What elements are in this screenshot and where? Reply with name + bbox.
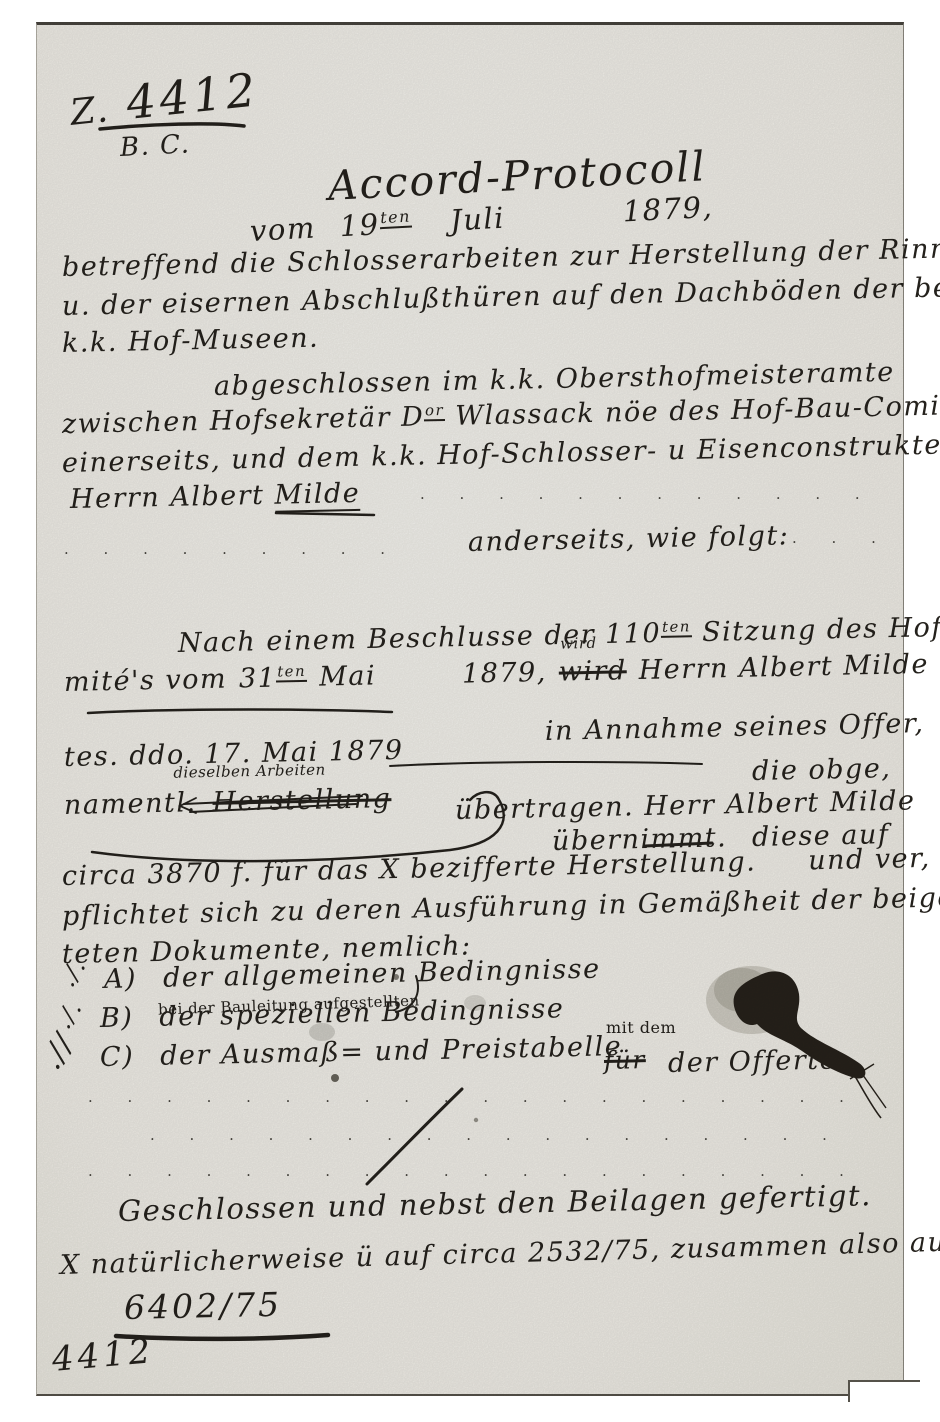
subject-line-3: k.k. Hof-Museen. xyxy=(62,323,320,359)
session-day-ordinal: ten xyxy=(276,662,307,683)
dot-row: · · · · · · · · · · · · · · · · · · · · … xyxy=(150,1130,840,1148)
list-c-end: der Offerte xyxy=(668,1044,838,1079)
session-number: 110 xyxy=(605,618,662,650)
inserted-word: wird xyxy=(560,634,597,653)
parties-line-4: Herrn Albert Milde xyxy=(70,478,361,515)
page-edge-notch xyxy=(848,1380,920,1402)
reference-z: Z. xyxy=(68,89,111,134)
list-label-b: B) xyxy=(100,1002,134,1034)
date-ordinal: ten xyxy=(379,207,413,230)
struck-word: Herstellung xyxy=(212,783,392,818)
footnote-total: 6402/75 xyxy=(124,1285,283,1327)
reference-code: B. C. xyxy=(119,129,191,163)
list-label-a: A) xyxy=(104,963,138,995)
contractor-name: Milde xyxy=(274,478,360,513)
resolution-line-4a: namentl. xyxy=(64,787,197,821)
scanned-document: Z.4412 B. C. Accord-Protocoll vom19tenJu… xyxy=(0,0,940,1422)
obligation-line-1b: und ver, xyxy=(808,843,931,877)
resolution-line-2a: mité's vom xyxy=(64,664,228,698)
list-label-c: C) xyxy=(100,1041,135,1073)
session-year: 1879, xyxy=(462,657,547,690)
dot-row: · · · · · · · · · · · · · · · · · · · · … xyxy=(88,1092,878,1110)
session-ordinal: ten xyxy=(661,617,692,638)
resolution-line-2c: Herrn Albert Milde xyxy=(638,649,929,686)
struck-word: wird xyxy=(558,655,627,687)
session-day: 31 xyxy=(239,663,277,695)
dot-row: · · · · · · · · · · · · · · · · · · · · … xyxy=(792,533,898,551)
inserted-words: dieselben Arbeiten xyxy=(173,761,326,782)
date-vom: vom xyxy=(249,211,317,248)
dot-row: · · · · · · · · · · · · · · · · · · · · … xyxy=(64,544,414,562)
date-year: 1879, xyxy=(622,190,714,229)
dot-row: · · · · · · · · · · · · · · · · · · · · … xyxy=(420,489,860,507)
resolution-right-2: die obge, xyxy=(752,753,892,787)
session-month: Mai xyxy=(319,660,377,692)
list-c-struck-word: für xyxy=(604,1045,646,1075)
doctor-superscript: or xyxy=(424,401,445,421)
date-month: Juli xyxy=(449,201,506,238)
contractor-prefix: Herrn Albert xyxy=(70,480,275,515)
date-day: 19 xyxy=(339,207,381,243)
list-c-insertion: mit dem xyxy=(606,1018,676,1037)
